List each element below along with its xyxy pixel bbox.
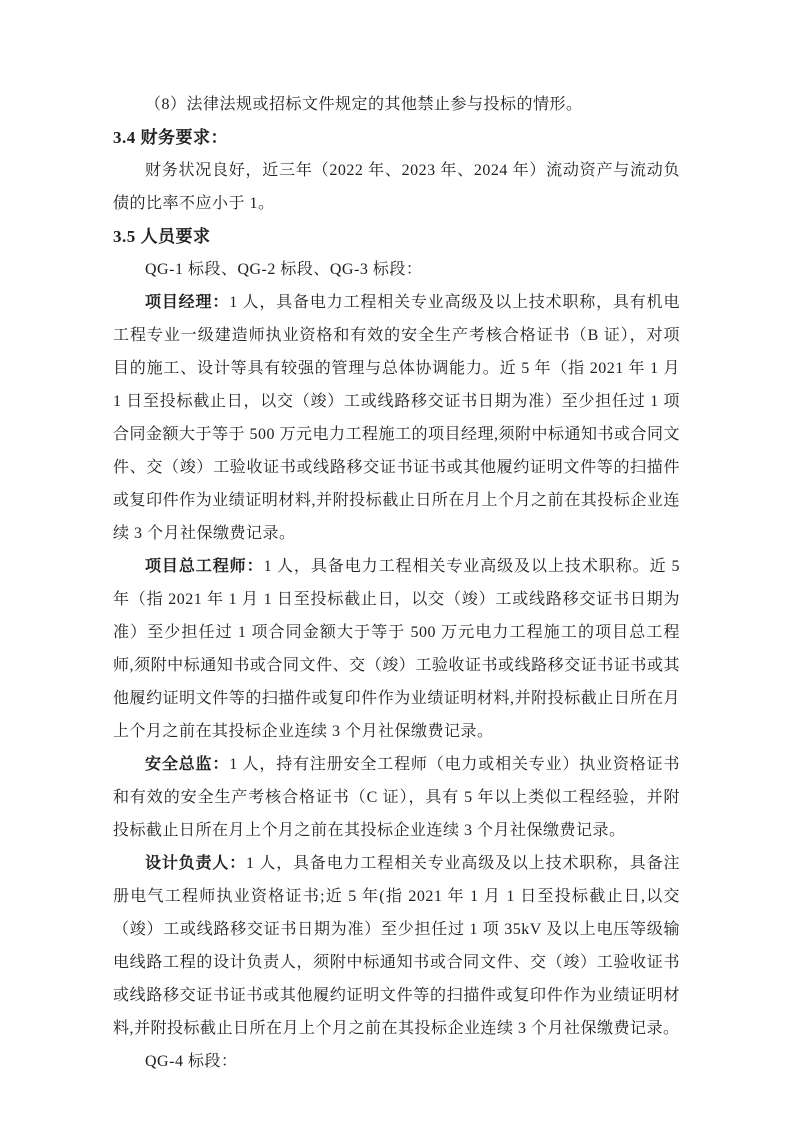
section-heading: 3.4 财务要求：: [113, 121, 680, 154]
paragraph: QG-4 标段：: [113, 1045, 680, 1078]
role-label: 安全总监：: [145, 756, 229, 773]
document-page: （8）法律法规或招标文件规定的其他禁止参与投标的情形。3.4 财务要求：财务状况…: [0, 0, 793, 1122]
role-label: 项目总工程师：: [145, 558, 264, 575]
section-heading: 3.5 人员要求: [113, 220, 680, 253]
paragraph: 安全总监：1 人，持有注册安全工程师（电力或相关专业）执业资格证书和有效的安全生…: [113, 748, 680, 847]
paragraph: 财务状况良好，近三年（2022 年、2023 年、2024 年）流动资产与流动负…: [113, 154, 680, 220]
role-label: 项目经理：: [145, 294, 229, 311]
paragraph: 设计负责人：1 人，具备电力工程相关专业高级及以上技术职称，具备注册电气工程师执…: [113, 847, 680, 1045]
document-content: （8）法律法规或招标文件规定的其他禁止参与投标的情形。3.4 财务要求：财务状况…: [113, 88, 680, 1078]
paragraph: QG-1 标段、QG-2 标段、QG-3 标段：: [113, 253, 680, 286]
paragraph: （8）法律法规或招标文件规定的其他禁止参与投标的情形。: [113, 88, 680, 121]
role-label: 设计负责人：: [145, 855, 246, 872]
paragraph: 项目总工程师：1 人，具备电力工程相关专业高级及以上技术职称。近 5 年（指 2…: [113, 550, 680, 748]
paragraph: 项目经理：1 人，具备电力工程相关专业高级及以上技术职称，具有机电工程专业一级建…: [113, 286, 680, 550]
